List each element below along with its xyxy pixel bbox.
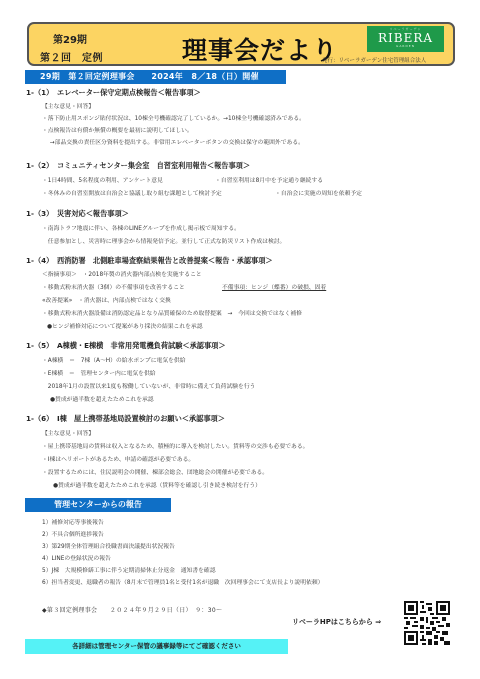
section-5-line: 2018年1月の設置以来1度も稼働していないが、非常時に備えて負荷試験を行う [42, 381, 255, 390]
section-6-resolution: ●賛成が過半数を超えたためこれを承認（賃料等を確認し引き続き検討を行う） [53, 480, 261, 489]
section-6-line: 【主な意見・回答】 [42, 428, 94, 437]
deficiency-note: 不備事項：ヒンジ（蝶番）の破損、固着 [222, 282, 326, 291]
section-2-line: ・1日4時間、5名程度の利用、アンケート意見 [42, 175, 163, 184]
publisher-label: 発行：リベーラガーデン住宅管理組合法人 [322, 56, 426, 64]
homepage-link[interactable]: リベーラHPはこちらから ⇒ [292, 617, 381, 627]
notice-bar: 各詳細は管理センター保管の議事録等にてご確認ください [25, 639, 288, 654]
session-label: 第２回 定例 [40, 49, 103, 64]
section-title-2: 1-（2） コミュニティセンター集会室 自習室利用報告＜報告事項＞ [26, 161, 250, 171]
section-1-line: 【主な意見・回答】 [42, 101, 94, 110]
section-4-line: ・移動式粉末消火器設備は消防認定品となり品質確保のため取替提案 → 今回は交換で… [42, 308, 302, 317]
section-title-5: 1-（5） A棟横・E棟横 非常用発電機負荷試験＜承認事項＞ [26, 341, 226, 351]
term-label: 第29期 [53, 31, 87, 46]
section-2-line: ・自習室利用は8月中を予定通り継続する [215, 175, 323, 184]
section-1-line: ・点検報告は有償か無償の概要を最初に説明してほしい。 [42, 125, 193, 134]
meeting-date-bar: 29期 第２回定例理事会 2024年 8／18（日）開催 [25, 70, 286, 84]
section-title-3: 1-（3） 災害対応＜報告事項＞ [26, 209, 129, 219]
logo-sub-text: GARDEN [367, 44, 444, 48]
section-6-line: ・設置するためには、住民説明会の開催、棟部会総会、団地総会の開催が必要である。 [42, 467, 268, 476]
section-6-line: ・I棟はヘリポートがあるため、申請の確認が必要である。 [42, 454, 194, 463]
section-5-line: ・A棟横 ＝ 7棟（A～H）の給水ポンプに電気を供給 [42, 355, 186, 364]
section-2-line: ・自治会に実施の周知を依頼予定 [275, 188, 362, 197]
section-2-line: ・冬休みの自習室開放は自治会と協議し取り組む課題として検討予定 [42, 188, 222, 197]
section-5-line: ・E棟横 ＝ 管理センター内に電気を供給 [42, 368, 156, 377]
section-title-1: 1-（1） エレベーター保守定期点検報告＜報告事項＞ [26, 88, 201, 98]
management-item: 6）担当者変更、退職者の報告（8月末で管理員1名と受付1名が退職 次回理事会にて… [42, 577, 323, 586]
section-4-line: ＜指摘事項＞ ・2018年製の消火器内部点検を実施すること [42, 269, 202, 278]
section-1-line: →部品交換の責任区分資料を提出する。非常用エレベーターボタンの交換は保守の範囲外… [44, 137, 304, 146]
section-4-line: ・移動式粉末消火器（3個）の不備事項を改善すること [42, 282, 185, 291]
section-6-line: ・屋上携帯基地局の賃料は収入となるため、積極的に導入を検討したい。賃料等の交渉も… [42, 441, 308, 450]
section-5-resolution: ●賛成が過半数を超えたためこれを承認 [50, 394, 154, 403]
management-item: 1）補修対応等事後報告 [42, 517, 104, 526]
logo-main-text: RIBERA [367, 31, 444, 45]
section-title-4: 1-（4） 西消防署 北側駐車場査察結果報告と改善提案＜報告・承認事項＞ [26, 256, 273, 266]
management-item: 2）不具合個所進捗報告 [42, 529, 104, 538]
management-item: 3）第29期全体管理組合役職書面決議提出状況報告 [42, 541, 175, 550]
page-title: 理事会だより [182, 31, 338, 67]
section-3-line: 任意参加とし、災害時に理事会から情報発信予定。並行して正式な防災リスト作成は検討… [42, 236, 285, 245]
section-4-resolution: ●ヒンジ補修対応について提案があり採決の結果これを承認 [47, 321, 203, 330]
management-item: 5）J棟 大規模修繕工事に伴う定期清掃休止分返金 通知書を確認 [42, 565, 216, 574]
management-item: 4）LINEの登録状況の報告 [42, 553, 111, 562]
next-meeting-info: ◆第３回定例理事会 ２０２４年９月２９日（日） ９：30～ [42, 605, 222, 614]
section-1-line: ・落下防止用スポンジ貼付状況は、10棟全号機確認完了しているか。→10棟全号機確… [42, 113, 305, 122]
section-3-line: ・南海トラフ地震に伴い、各棟のLINEグループを作成し掲示板で周知する。 [42, 223, 240, 232]
section-4-line: «改善提案» ・消火器は、内部点検ではなく交換 [42, 295, 171, 304]
section-title-6: 1-（6） I棟 屋上携帯基地局設置検討のお願い＜承認事項＞ [26, 414, 225, 424]
qr-code-icon[interactable] [404, 601, 450, 645]
ribera-logo: リベーラガーデン RIBERA GARDEN [367, 26, 444, 52]
management-report-bar: 管理センターからの報告 [25, 498, 171, 512]
